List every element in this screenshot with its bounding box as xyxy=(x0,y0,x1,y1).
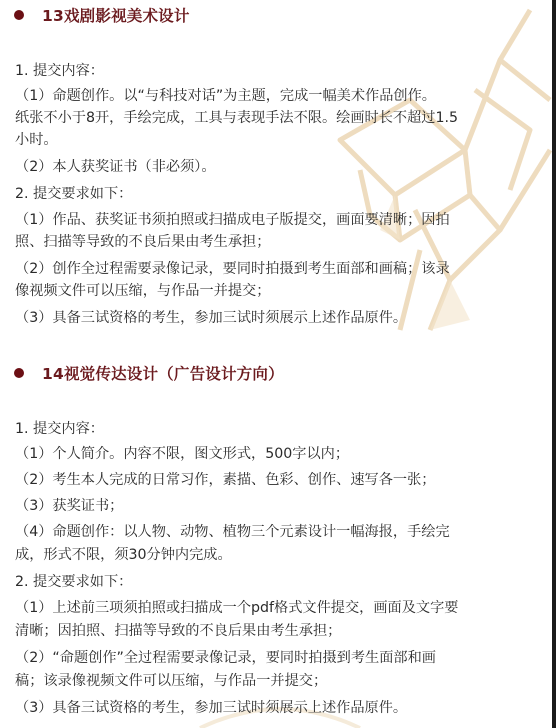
section-title-text: 14视觉传达设计（广告设计方向） xyxy=(42,362,284,384)
right-edge-border xyxy=(552,0,556,728)
contents-heading: 1. 提交内容： xyxy=(15,420,104,438)
requirements-item-1-line2: 清晰；因拍照、扫描等导致的不良后果由考生承担； xyxy=(15,622,341,640)
requirements-item-3: （3）具备三试资格的考生，参加三试时须展示上述作品原件。 xyxy=(15,309,407,327)
requirements-item-1-line2: 照、扫描等导致的不良后果由考生承担； xyxy=(15,233,270,251)
section-title-13: 13戏剧影视美术设计 xyxy=(14,4,190,26)
contents-item-1-line2: 纸张不小于8开，手绘完成，工具与表现手法不限。绘画时长不超过1.5 xyxy=(15,109,458,127)
books-watermark-icon xyxy=(300,0,552,340)
requirements-item-2-line1: （2）“命题创作”全过程需要录像记录，要同时拍摄到考生面部和画 xyxy=(15,649,436,667)
requirements-heading: 2. 提交要求如下： xyxy=(15,185,132,203)
contents-item-1: （1）个人简介。内容不限，图文形式，500字以内； xyxy=(15,445,349,463)
requirements-item-2-line1: （2）创作全过程需要录像记录，要同时拍摄到考生面部和画稿；该录 xyxy=(15,260,450,278)
contents-item-3: （3）获奖证书； xyxy=(15,497,123,515)
contents-item-2: （2）本人获奖证书（非必须）。 xyxy=(15,158,216,176)
requirements-heading: 2. 提交要求如下： xyxy=(15,573,132,591)
section-title-14: 14视觉传达设计（广告设计方向） xyxy=(14,362,284,384)
section-bullet-icon xyxy=(14,10,24,20)
requirements-item-2-line2: 像视频文件可以压缩，与作品一并提交； xyxy=(15,282,270,300)
contents-item-4-line2: 成，形式不限，须30分钟内完成。 xyxy=(15,546,232,564)
contents-item-4-line1: （4）命题创作：以人物、动物、植物三个元素设计一幅海报，手绘完 xyxy=(15,523,450,541)
requirements-item-1-line1: （1）上述前三项须拍照或扫描成一个pdf格式文件提交，画面及文字要 xyxy=(15,599,458,617)
section-bullet-icon xyxy=(14,368,24,378)
contents-item-1-line3: 小时。 xyxy=(15,131,58,149)
requirements-item-2-line2: 稿；该录像视频文件可以压缩，与作品一并提交； xyxy=(15,672,327,690)
contents-item-2: （2）考生本人完成的日常习作，素描、色彩、创作、速写各一张； xyxy=(15,471,435,489)
requirements-item-3: （3）具备三试资格的考生，参加三试时须展示上述作品原件。 xyxy=(15,699,407,717)
requirements-item-1-line1: （1）作品、获奖证书须拍照或扫描成电子版提交，画面要清晰；因拍 xyxy=(15,211,450,229)
contents-heading: 1. 提交内容： xyxy=(15,62,104,80)
section-title-text: 13戏剧影视美术设计 xyxy=(42,4,190,26)
contents-item-1-line1: （1）命题创作。以“与科技对话”为主题，完成一幅美术作品创作。 xyxy=(15,87,436,105)
